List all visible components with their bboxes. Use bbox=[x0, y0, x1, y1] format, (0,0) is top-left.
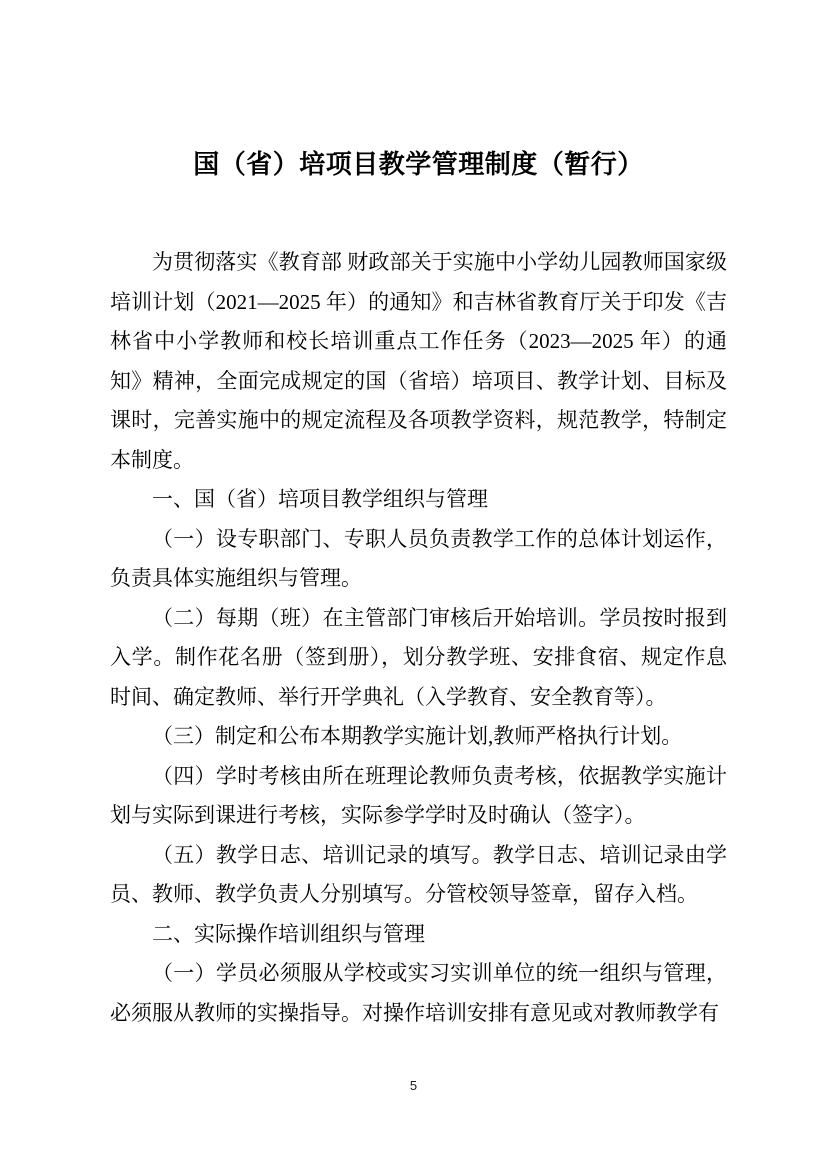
paragraph-item-2-1: （一）学员必须服从学校或实习实训单位的统一组织与管理，必须服从教师的实操指导。对… bbox=[110, 954, 727, 1033]
page-number: 5 bbox=[0, 1078, 827, 1093]
page-title: 国（省）培项目教学管理制度（暂行） bbox=[110, 143, 727, 187]
section-heading-1: 一、国（省）培项目教学组织与管理 bbox=[110, 480, 727, 520]
paragraph-intro: 为贯彻落实《教育部 财政部关于实施中小学幼儿园教师国家级培训计划（2021—20… bbox=[110, 243, 727, 480]
document-page: 国（省）培项目教学管理制度（暂行） 为贯彻落实《教育部 财政部关于实施中小学幼儿… bbox=[0, 0, 827, 1170]
paragraph-item-1-4: （四）学时考核由所在班理论教师负责考核，依据教学实施计划与实际到课进行考核，实际… bbox=[110, 757, 727, 836]
paragraph-item-1-3: （三）制定和公布本期教学实施计划,教师严格执行计划。 bbox=[110, 717, 727, 757]
paragraph-item-1-2: （二）每期（班）在主管部门审核后开始培训。学员按时报到入学。制作花名册（签到册）… bbox=[110, 599, 727, 718]
paragraph-item-1-5: （五）教学日志、培训记录的填写。教学日志、培训记录由学员、教师、教学负责人分别填… bbox=[110, 836, 727, 915]
document-body: 为贯彻落实《教育部 财政部关于实施中小学幼儿园教师国家级培训计划（2021—20… bbox=[110, 243, 727, 1033]
section-heading-2: 二、实际操作培训组织与管理 bbox=[110, 915, 727, 955]
paragraph-item-1-1: （一）设专职部门、专职人员负责教学工作的总体计划运作，负责具体实施组织与管理。 bbox=[110, 520, 727, 599]
